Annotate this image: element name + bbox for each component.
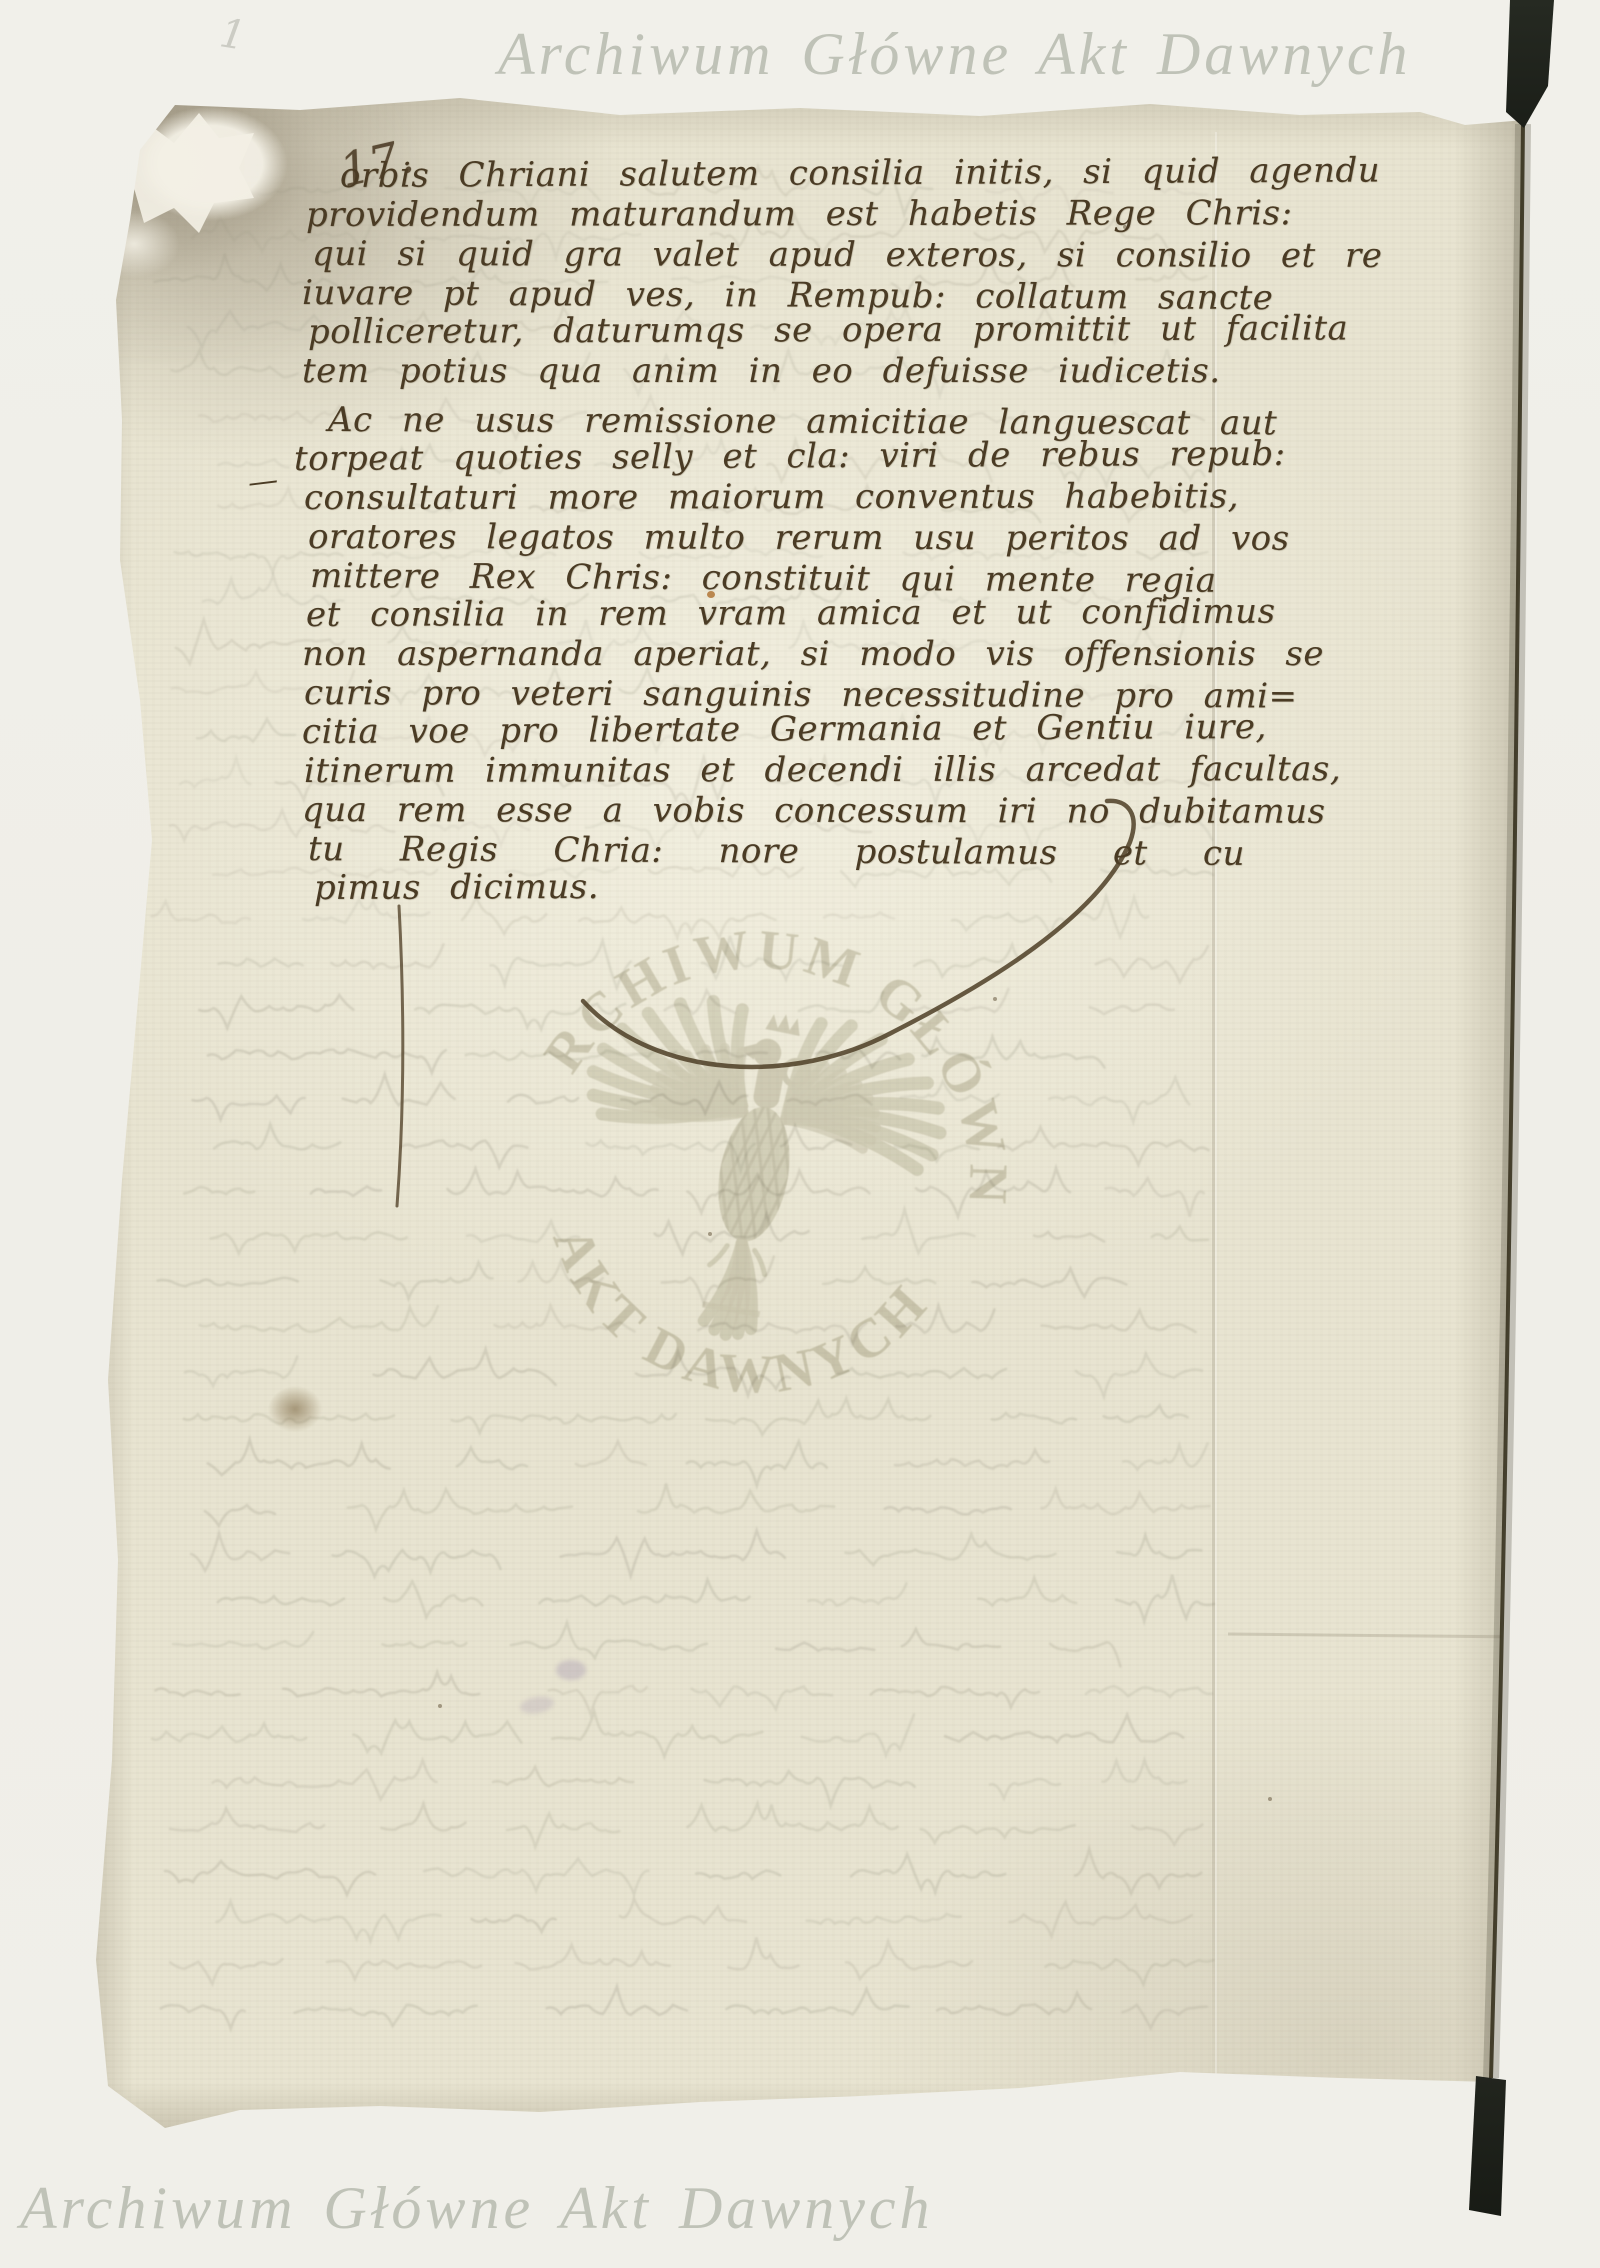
- binding-ribbon-top: [1504, 0, 1556, 128]
- paper-speck: [438, 1704, 442, 1708]
- edge-chip: [96, 472, 120, 488]
- manuscript-line: consultaturi more maiorum conventus habe…: [304, 476, 1490, 517]
- watermark-text-bottom: Archiwum Główne Akt Dawnych: [20, 2174, 934, 2243]
- ink-stain: [268, 1386, 322, 1432]
- document-scan: ARCHIWUM GŁÓWNE AKT DAWNYCH 17. —: [0, 0, 1600, 2268]
- manuscript-line: polliceretur, daturumqs se opera promitt…: [308, 308, 1490, 351]
- paper-speck: [1268, 1797, 1272, 1801]
- manuscript-line: itinerum immunitas et decendi illis arce…: [304, 749, 1490, 790]
- pigment-smudge: [556, 1660, 586, 1680]
- paper-speck: [708, 1232, 712, 1236]
- manuscript-page: ARCHIWUM GŁÓWNE AKT DAWNYCH 17. —: [88, 92, 1526, 2134]
- margin-mark: —: [246, 462, 280, 500]
- manuscript-line: citia voe pro libertate Germania et Gent…: [302, 706, 1490, 751]
- watermark-text-top: Archiwum Główne Akt Dawnych: [498, 20, 1412, 89]
- manuscript-line: oratores legatos multo rerum usu peritos…: [308, 517, 1490, 558]
- archive-stamp: ARCHIWUM GŁÓWNE AKT DAWNYCH: [493, 920, 1023, 1465]
- edge-chip: [102, 702, 122, 716]
- manuscript-line: et consilia in rem vram amica et ut conf…: [306, 591, 1490, 634]
- manuscript-line: qui si quid gra valet apud exteros, si c…: [312, 234, 1490, 275]
- torn-paper-patch: [114, 108, 264, 238]
- manuscript-line: tem potius qua anim in eo defuisse iudic…: [302, 351, 1490, 390]
- manuscript-line: pimus dicimus.: [314, 864, 1490, 907]
- manuscript-line: non aspernanda aperiat, si modo vis offe…: [302, 634, 1490, 673]
- paper-speck: [993, 997, 997, 1001]
- manuscript-text: orbis Chriani salutem consilia initis, s…: [300, 156, 1490, 907]
- manuscript-line: qua rem esse a vobis concessum iri no du…: [302, 790, 1490, 831]
- manuscript-line: torpeat quoties selly et cla: viri de re…: [294, 433, 1490, 478]
- manuscript-line: providendum maturandum est habetis Rege …: [306, 193, 1490, 234]
- manuscript-line: orbis Chriani salutem consilia initis, s…: [340, 150, 1490, 195]
- binding-ribbon-bottom: [1466, 2074, 1510, 2216]
- corner-pencil-mark: 1: [217, 10, 249, 59]
